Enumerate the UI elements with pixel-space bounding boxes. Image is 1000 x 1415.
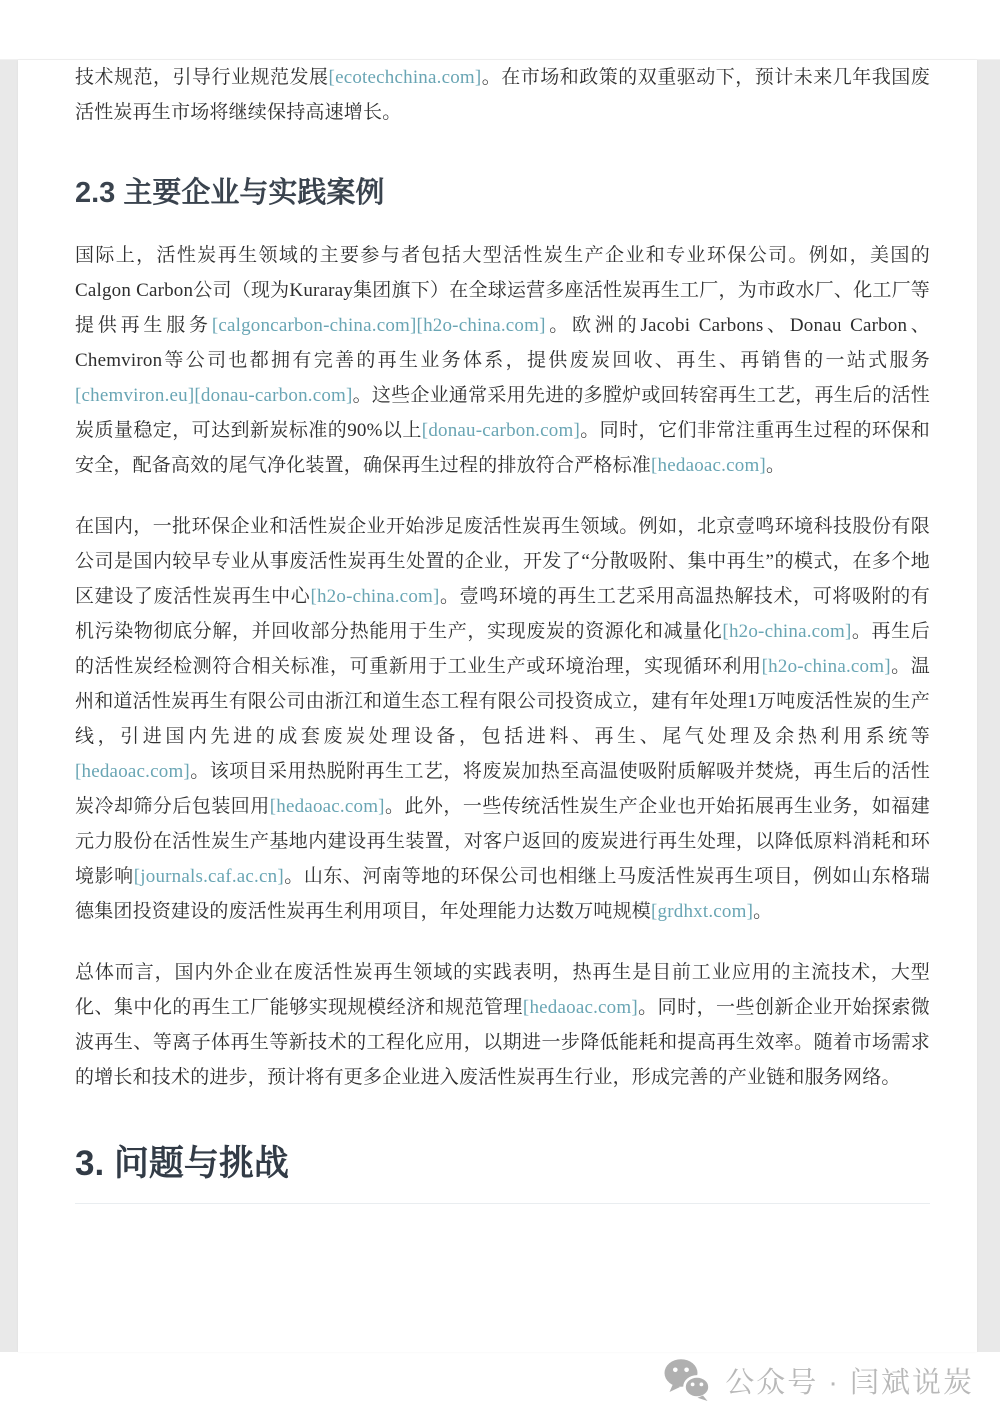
section-heading-2-3: 2.3 主要企业与实践案例 bbox=[75, 174, 930, 212]
citation-link[interactable]: [grdhxt.com] bbox=[651, 901, 753, 922]
article-page: 技术规范，引导行业规范发展[ecotechchina.com]。在市场和政策的双… bbox=[0, 0, 1000, 1415]
citation-link[interactable]: [calgoncarbon-china.com] bbox=[212, 315, 417, 336]
text-run: 技术规范，引导行业规范发展 bbox=[75, 67, 329, 88]
text-run: 。 bbox=[753, 901, 772, 922]
left-gutter bbox=[0, 60, 18, 1352]
citation-link[interactable]: [donau-carbon.com] bbox=[194, 385, 352, 406]
citation-link[interactable]: [h2o-china.com] bbox=[417, 315, 546, 336]
watermark-label: 公众号 · 闫斌说炭 bbox=[725, 1360, 974, 1401]
article-card: 技术规范，引导行业规范发展[ecotechchina.com]。在市场和政策的双… bbox=[18, 60, 977, 1352]
intro-paragraph: 技术规范，引导行业规范发展[ecotechchina.com]。在市场和政策的双… bbox=[75, 60, 930, 130]
citation-link[interactable]: [hedaoac.com] bbox=[651, 455, 766, 476]
citation-link[interactable]: [hedaoac.com] bbox=[75, 761, 190, 782]
section-divider bbox=[75, 1203, 930, 1204]
wechat-watermark: 公众号 · 闫斌说炭 bbox=[663, 1358, 974, 1402]
wechat-logo-icon bbox=[663, 1358, 713, 1402]
paragraph-summary: 总体而言，国内外企业在废活性炭再生领域的实践表明，热再生是目前工业应用的主流技术… bbox=[75, 955, 930, 1095]
citation-link[interactable]: [ecotechchina.com] bbox=[329, 67, 482, 88]
citation-link[interactable]: [chemviron.eu] bbox=[75, 385, 194, 406]
citation-link[interactable]: [h2o-china.com] bbox=[310, 586, 439, 607]
citation-link[interactable]: [hedaoac.com] bbox=[270, 796, 385, 817]
paragraph-international: 国际上，活性炭再生领域的主要参与者包括大型活性炭生产企业和专业环保公司。例如，美… bbox=[75, 238, 930, 483]
citation-link[interactable]: [donau-carbon.com] bbox=[422, 420, 580, 441]
citation-link[interactable]: [h2o-china.com] bbox=[762, 656, 891, 677]
text-run: 。 bbox=[766, 455, 785, 476]
citation-link[interactable]: [h2o-china.com] bbox=[722, 621, 851, 642]
citation-link[interactable]: [journals.caf.ac.cn] bbox=[134, 866, 284, 887]
right-gutter bbox=[977, 60, 1000, 1352]
citation-link[interactable]: [hedaoac.com] bbox=[523, 997, 638, 1018]
section-heading-3: 3. 问题与挑战 bbox=[75, 1141, 930, 1187]
paragraph-domestic: 在国内，一批环保企业和活性炭企业开始涉足废活性炭再生领域。例如，北京壹鸣环境科技… bbox=[75, 509, 930, 929]
